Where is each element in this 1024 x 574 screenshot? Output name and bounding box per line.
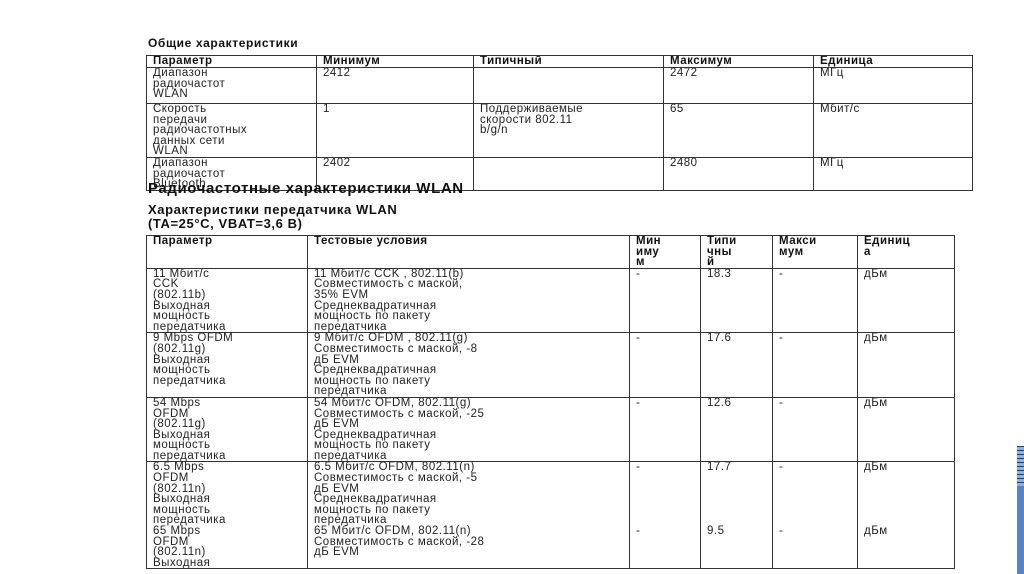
table-header-row: Параметр Минимум Типичный Максимум Едини…	[147, 56, 973, 68]
cell-unit: МГц	[814, 157, 973, 190]
col-header-test-conditions: Тестовые условия	[308, 236, 630, 269]
table-row: 9 Mbps OFDM (802.11g) Выходная мощность …	[147, 333, 955, 398]
col-header-typ: Типи чны й	[701, 236, 773, 269]
cell-typ: 18.3	[701, 268, 773, 333]
cell-unit: МГц	[814, 68, 973, 104]
table-row: 6.5 Mbps OFDM (802.11n) Выходная мощност…	[147, 462, 955, 569]
cell-unit: дБм дБм	[858, 462, 955, 569]
cell-min: 1	[317, 104, 474, 158]
cell-parameter: 6.5 Mbps OFDM (802.11n) Выходная мощност…	[147, 462, 308, 569]
subheading-line-2: (TA=25°C, VBAT=3,6 B)	[148, 217, 397, 231]
decorative-stripe-pattern	[1017, 446, 1024, 486]
document-page: Общие характеристики Параметр Минимум Ти…	[0, 0, 1024, 574]
cell-typ	[474, 157, 664, 190]
wlan-transmitter-table: Параметр Тестовые условия Мин иму м Типи…	[146, 235, 955, 569]
cell-test-conditions: 54 Мбит/с OFDM, 802.11(g) Совместимость …	[308, 397, 630, 462]
cell-max: -	[773, 397, 858, 462]
table-row: Скорость передачи радиочастотных данных …	[147, 104, 973, 158]
cell-min: - -	[630, 462, 701, 569]
cell-typ: 12.6	[701, 397, 773, 462]
cell-min: 2412	[317, 68, 474, 104]
cell-min: -	[630, 268, 701, 333]
col-header-unit: Единица	[814, 56, 973, 68]
cell-max: 2480	[664, 157, 814, 190]
cell-test-conditions: 11 Мбит/с CCK , 802.11(b) Совместимость …	[308, 268, 630, 333]
table-row: Диапазон радиочастот WLAN 2412 2472 МГц	[147, 68, 973, 104]
cell-parameter: 54 Mbps OFDM (802.11g) Выходная мощность…	[147, 397, 308, 462]
cell-parameter: Диапазон радиочастот WLAN	[147, 68, 317, 104]
cell-unit: дБм	[858, 268, 955, 333]
col-header-min: Мин иму м	[630, 236, 701, 269]
cell-max: 65	[664, 104, 814, 158]
cell-max: -	[773, 333, 858, 398]
wlan-transmitter-subheading: Характеристики передатчика WLAN (TA=25°C…	[148, 203, 397, 231]
cell-min: -	[630, 397, 701, 462]
general-characteristics-table: Параметр Минимум Типичный Максимум Едини…	[146, 55, 973, 191]
table-row: 11 Мбит/с CCK (802.11b) Выходная мощност…	[147, 268, 955, 333]
cell-parameter: 11 Мбит/с CCK (802.11b) Выходная мощност…	[147, 268, 308, 333]
col-header-parameter: Параметр	[147, 236, 308, 269]
cell-typ: Поддерживаемые скорости 802.11 b/g/n	[474, 104, 664, 158]
cell-typ: 17.7 9.5	[701, 462, 773, 569]
cell-typ: 17.6	[701, 333, 773, 398]
cell-max: -	[773, 268, 858, 333]
cell-parameter: Скорость передачи радиочастотных данных …	[147, 104, 317, 158]
col-header-min: Минимум	[317, 56, 474, 68]
cell-test-conditions: 6.5 Мбит/с OFDM, 802.11(n) Совместимость…	[308, 462, 630, 569]
cell-parameter: 9 Mbps OFDM (802.11g) Выходная мощность …	[147, 333, 308, 398]
col-header-parameter: Параметр	[147, 56, 317, 68]
cell-min: -	[630, 333, 701, 398]
col-header-typ: Типичный	[474, 56, 664, 68]
general-characteristics-heading: Общие характеристики	[148, 36, 298, 50]
cell-max: 2472	[664, 68, 814, 104]
table-header-row: Параметр Тестовые условия Мин иму м Типи…	[147, 236, 955, 269]
col-header-max: Макси мум	[773, 236, 858, 269]
cell-test-conditions: 9 Мбит/с OFDM , 802.11(g) Совместимость …	[308, 333, 630, 398]
cell-typ	[474, 68, 664, 104]
wlan-section-heading: Радиочастотные характеристики WLAN	[148, 180, 464, 197]
cell-max: - -	[773, 462, 858, 569]
col-header-unit: Единиц а	[858, 236, 955, 269]
subheading-line-1: Характеристики передатчика WLAN	[148, 203, 397, 217]
cell-unit: дБм	[858, 397, 955, 462]
table-row: 54 Mbps OFDM (802.11g) Выходная мощность…	[147, 397, 955, 462]
col-header-max: Максимум	[664, 56, 814, 68]
cell-unit: Мбит/с	[814, 104, 973, 158]
cell-unit: дБм	[858, 333, 955, 398]
